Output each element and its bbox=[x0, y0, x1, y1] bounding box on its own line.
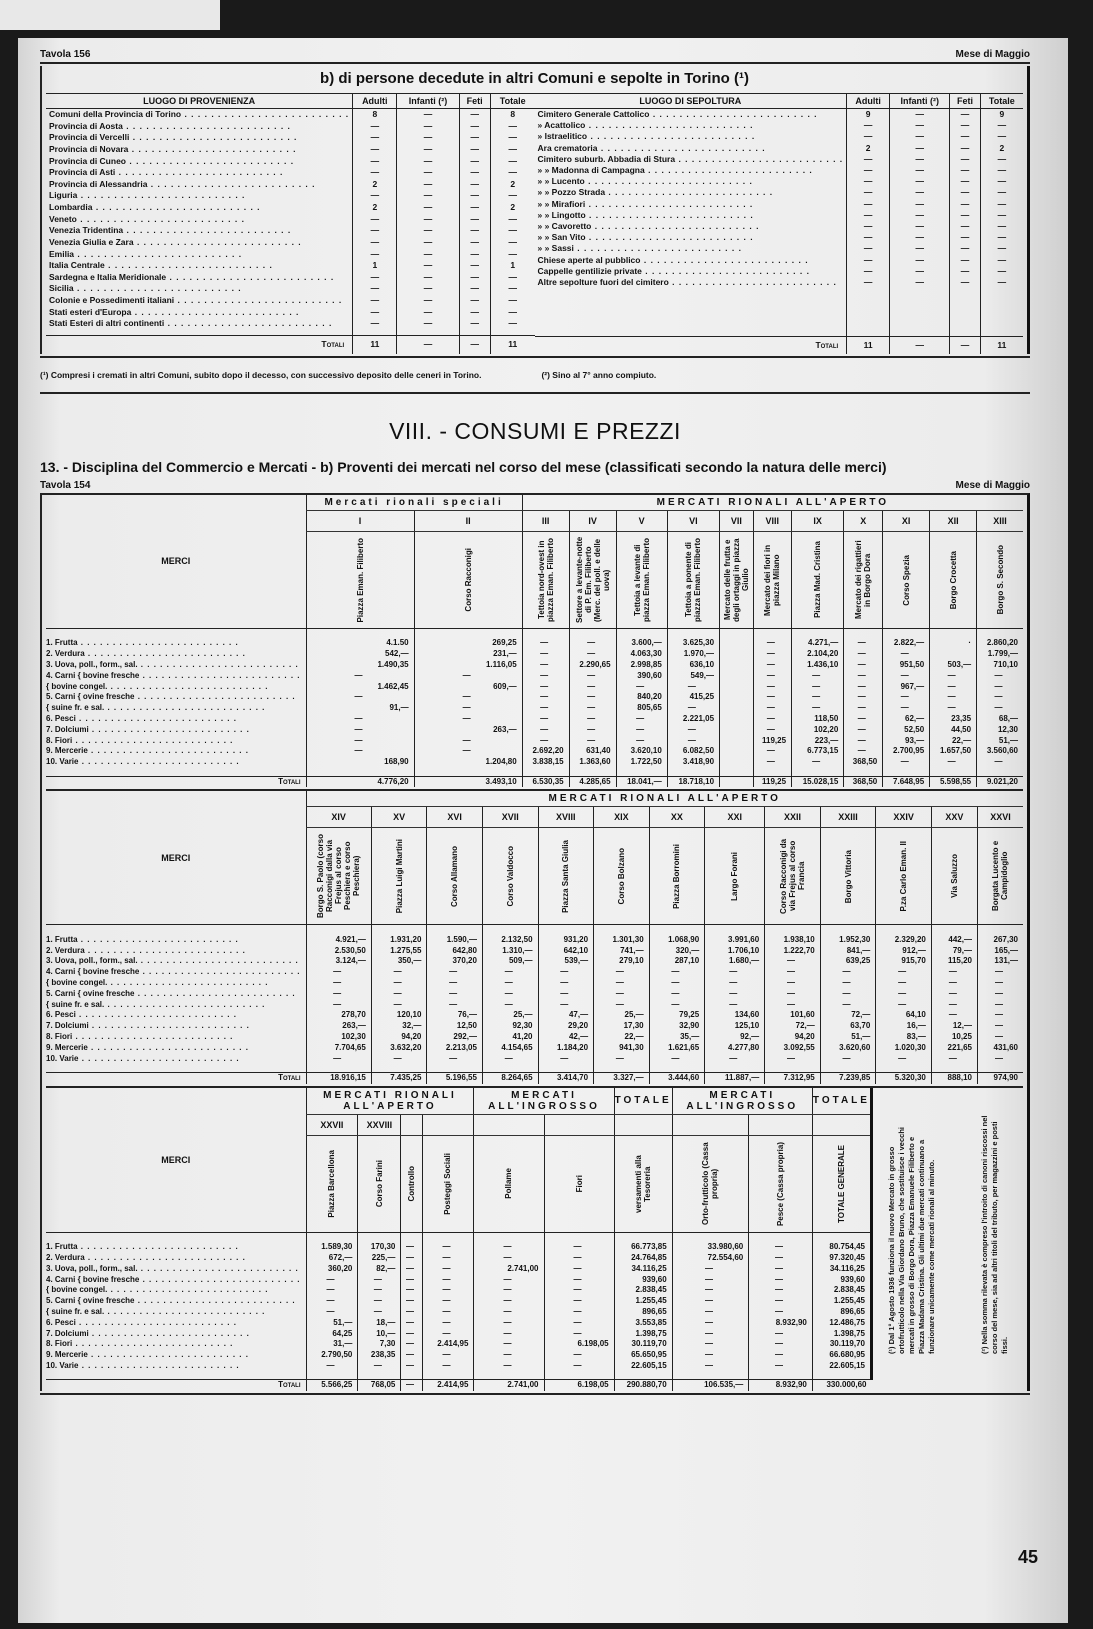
group-header: Mercati rionali speciali bbox=[306, 495, 522, 511]
cell: 17,30 bbox=[594, 1021, 650, 1032]
cell: — bbox=[474, 1253, 544, 1264]
cell: — bbox=[792, 671, 844, 682]
cell: — bbox=[482, 1000, 538, 1011]
cell: — bbox=[890, 176, 950, 187]
column-number bbox=[812, 1114, 871, 1135]
cell: — bbox=[474, 1318, 544, 1329]
cell: — bbox=[950, 120, 980, 131]
cell: — bbox=[414, 746, 522, 757]
cell: 51,— bbox=[820, 1032, 876, 1043]
table-row: » » Lingotto———— bbox=[535, 210, 1024, 221]
cell bbox=[720, 757, 754, 768]
column-name: Borgo S. Secondo bbox=[977, 531, 1023, 628]
cell: 3.092,55 bbox=[765, 1043, 821, 1054]
cell: — bbox=[353, 283, 397, 295]
cell: — bbox=[459, 190, 490, 202]
cell: — bbox=[490, 190, 534, 202]
row-label: Italia Centrale bbox=[46, 260, 353, 272]
column-name: TOTALE GENERALE bbox=[812, 1135, 871, 1232]
cell: — bbox=[753, 746, 791, 757]
cell: 3.838,15 bbox=[522, 757, 569, 768]
cell: 2 bbox=[980, 143, 1023, 154]
cell: — bbox=[522, 671, 569, 682]
table-row: 9. Mercerie——2.692,20631,403.620,106.082… bbox=[46, 746, 1023, 757]
column-name-text: Piazza Eman. Filiberto bbox=[356, 538, 365, 622]
cell: 12,— bbox=[931, 1021, 977, 1032]
cell: — bbox=[616, 682, 667, 693]
cell: 2.741,00 bbox=[474, 1264, 544, 1275]
burials-tables: LUOGO DI PROVENIENZAAdultiInfanti (²)Fet… bbox=[46, 93, 1023, 354]
cell: 951,50 bbox=[883, 660, 930, 671]
column-number: VIII bbox=[753, 510, 791, 531]
cell: — bbox=[490, 225, 534, 237]
cell: — bbox=[594, 978, 650, 989]
cell: 91,— bbox=[306, 703, 414, 714]
cell: — bbox=[397, 109, 459, 121]
cell: — bbox=[950, 221, 980, 232]
cell: — bbox=[474, 1296, 544, 1307]
commodity-label: 6. Pesci bbox=[46, 1010, 306, 1021]
cell: — bbox=[753, 692, 791, 703]
total-cell: 8.264,65 bbox=[482, 1072, 538, 1083]
total-cell: 11.887,— bbox=[705, 1072, 765, 1083]
cell: — bbox=[353, 190, 397, 202]
document-page: Tavola 156 Mese di Maggio b) di persone … bbox=[18, 38, 1068, 1623]
right-header-0: LUOGO DI SEPOLTURA bbox=[535, 94, 847, 109]
cell: — bbox=[931, 989, 977, 1000]
cell: 25,— bbox=[482, 1010, 538, 1021]
column-name: Mercato delle frutta e degli ortaggi in … bbox=[720, 531, 754, 628]
cell: 1.020,30 bbox=[876, 1043, 932, 1054]
commodity-label: 9. Mercerie bbox=[46, 1043, 306, 1054]
cell: — bbox=[883, 692, 930, 703]
cell: — bbox=[358, 1307, 401, 1318]
row-label: Provincia di Vercelli bbox=[46, 132, 353, 144]
cell: — bbox=[950, 266, 980, 277]
cell: — bbox=[544, 1318, 614, 1329]
cell: — bbox=[950, 232, 980, 243]
cell: 231,— bbox=[414, 649, 522, 660]
cell: — bbox=[672, 1361, 749, 1372]
row-label: Provincia di Cuneo bbox=[46, 155, 353, 167]
cell: — bbox=[397, 144, 459, 156]
cell: 35,— bbox=[649, 1032, 705, 1043]
commodity-label: 4. Carni { bovine fresche bbox=[46, 671, 306, 682]
cell: 131,— bbox=[977, 956, 1023, 967]
cell: — bbox=[397, 225, 459, 237]
column-name-text: Borgata Lucento e Campidoglio bbox=[991, 832, 1009, 920]
table-row: Sardegna e Italia Meridionale———— bbox=[46, 272, 535, 284]
cell: 93,— bbox=[883, 736, 930, 747]
cell bbox=[720, 682, 754, 693]
cell: — bbox=[950, 243, 980, 254]
cell: — bbox=[753, 671, 791, 682]
column-name: Mercato dei fiori in piazza Milano bbox=[753, 531, 791, 628]
cell: — bbox=[414, 736, 522, 747]
cell: 7,30 bbox=[358, 1339, 401, 1350]
cell: — bbox=[397, 202, 459, 214]
cell: — bbox=[820, 1054, 876, 1065]
cell: — bbox=[890, 165, 950, 176]
cell: — bbox=[459, 155, 490, 167]
cell: 1.204,80 bbox=[414, 757, 522, 768]
total-cell: 11 bbox=[353, 336, 397, 354]
cell: — bbox=[569, 714, 616, 725]
total-cell: 11 bbox=[847, 336, 890, 354]
cell: — bbox=[544, 1264, 614, 1275]
column-name-text: Corso Racconigi da via Frejus al corso F… bbox=[779, 832, 806, 920]
cell: — bbox=[482, 989, 538, 1000]
cell: 12,30 bbox=[977, 725, 1023, 736]
commodity-label: 5. Carni { ovine fresche bbox=[46, 989, 306, 1000]
cell: — bbox=[544, 1242, 614, 1253]
cell: — bbox=[306, 736, 414, 747]
cell: — bbox=[459, 295, 490, 307]
cell: 1.938,10 bbox=[765, 935, 821, 946]
column-name-text: Piazza Luigi Martini bbox=[395, 839, 404, 913]
column-name: Borgo S. Paolo (corso Racconigi dalla vi… bbox=[306, 828, 371, 925]
commodity-label: 6. Pesci bbox=[46, 714, 306, 725]
cell: — bbox=[820, 978, 876, 989]
total-label: Totali bbox=[46, 1072, 306, 1083]
cell: — bbox=[459, 202, 490, 214]
cell: 6.773,15 bbox=[792, 746, 844, 757]
cell: — bbox=[667, 725, 719, 736]
cell bbox=[720, 638, 754, 649]
column-name: Piazza Eman. Filiberto bbox=[306, 531, 414, 628]
cell: — bbox=[667, 682, 719, 693]
total-cell: 5.566,25 bbox=[306, 1380, 358, 1391]
total-cell: 106.535,— bbox=[672, 1380, 749, 1391]
total-label: Totali bbox=[46, 776, 306, 787]
cell: — bbox=[522, 714, 569, 725]
row-label: » » Cavoretto bbox=[535, 221, 847, 232]
cell: 10,— bbox=[358, 1329, 401, 1340]
table-row: Stati Esteri di altri continenti———— bbox=[46, 318, 535, 330]
burial-place-table: LUOGO DI SEPOLTURAAdultiInfanti (²)FetiT… bbox=[535, 93, 1024, 354]
cell: — bbox=[358, 1361, 401, 1372]
note-2: (²) Nella somma rilevata è compreso l'in… bbox=[980, 1114, 1010, 1354]
table-row: 8. Fiori102,3094,20292,—41,2042,—22,—35,… bbox=[46, 1032, 1023, 1043]
cell: — bbox=[544, 1361, 614, 1372]
cell: — bbox=[459, 167, 490, 179]
cell: 278,70 bbox=[306, 1010, 371, 1021]
column-name: Pesce (Cassa propria) bbox=[749, 1135, 813, 1232]
cell: — bbox=[522, 703, 569, 714]
cell: — bbox=[569, 692, 616, 703]
cell: — bbox=[672, 1285, 749, 1296]
cell: 1.398,75 bbox=[614, 1329, 672, 1340]
column-name: versamenti alla Tesoreria bbox=[614, 1135, 672, 1232]
cell: 287,10 bbox=[649, 956, 705, 967]
group-header: MERCATI ALL'INGROSSO bbox=[672, 1088, 812, 1115]
cell: — bbox=[847, 187, 890, 198]
cell: — bbox=[397, 179, 459, 191]
cell: — bbox=[459, 306, 490, 318]
cell: — bbox=[672, 1296, 749, 1307]
cell: — bbox=[980, 221, 1023, 232]
cell: — bbox=[522, 638, 569, 649]
commodity-label: 2. Verdura bbox=[46, 1253, 306, 1264]
cell: — bbox=[306, 967, 371, 978]
table-row: Stati esteri d'Europa———— bbox=[46, 306, 535, 318]
row-label: Venezia Tridentina bbox=[46, 225, 353, 237]
column-name: Corso Valdocco bbox=[482, 828, 538, 925]
column-name: Tettoia nord-ovest in piazza Eman. Filib… bbox=[522, 531, 569, 628]
row-label: Emilia bbox=[46, 248, 353, 260]
table-row: 4. Carni { bovine fresche————————————— bbox=[46, 967, 1023, 978]
cell: — bbox=[980, 154, 1023, 165]
cell: — bbox=[371, 989, 427, 1000]
total-label: Totali bbox=[535, 336, 847, 354]
cell: — bbox=[649, 967, 705, 978]
cell: — bbox=[847, 266, 890, 277]
cell: 165,— bbox=[977, 946, 1023, 957]
cell: — bbox=[890, 255, 950, 266]
cell: — bbox=[980, 266, 1023, 277]
cell: — bbox=[306, 978, 371, 989]
cell: — bbox=[569, 638, 616, 649]
table-row: Sicilia———— bbox=[46, 283, 535, 295]
cell: 2.700,95 bbox=[883, 746, 930, 757]
cell: — bbox=[427, 1054, 483, 1065]
total-cell: 3.327,— bbox=[594, 1072, 650, 1083]
total-cell: 3.493,10 bbox=[414, 776, 522, 787]
group-header: TOTALE bbox=[614, 1088, 672, 1115]
cell: — bbox=[883, 703, 930, 714]
cell: — bbox=[820, 989, 876, 1000]
cell: — bbox=[844, 660, 883, 671]
table-row: » » Cavoretto———— bbox=[535, 221, 1024, 232]
cell: — bbox=[401, 1361, 422, 1372]
column-name-text: Mercato dei rigattieri in Borgo Dora bbox=[854, 536, 872, 624]
cell: 1.970,— bbox=[667, 649, 719, 660]
cell: 3.620,60 bbox=[820, 1043, 876, 1054]
cell bbox=[720, 671, 754, 682]
cell: 223,— bbox=[792, 736, 844, 747]
column-name: Largo Forani bbox=[705, 828, 765, 925]
column-name: Pollame bbox=[474, 1135, 544, 1232]
cell: — bbox=[931, 978, 977, 989]
column-name-text: versamenti alla Tesoreria bbox=[634, 1140, 652, 1228]
cell: — bbox=[844, 682, 883, 693]
cell: — bbox=[847, 131, 890, 142]
cell: — bbox=[950, 154, 980, 165]
column-number: IX bbox=[792, 510, 844, 531]
cell: 72.554,60 bbox=[672, 1253, 749, 1264]
column-name-text: Borgo S. Secondo bbox=[996, 545, 1005, 614]
table-row: { bovine congel.————————————— bbox=[46, 978, 1023, 989]
table-row: Comuni della Provincia di Torino8——8 bbox=[46, 109, 535, 121]
cell: 72,— bbox=[765, 1021, 821, 1032]
cell: — bbox=[749, 1350, 813, 1361]
row-label: Stati esteri d'Europa bbox=[46, 306, 353, 318]
cell: — bbox=[459, 283, 490, 295]
column-name-text: Corso Farini bbox=[375, 1160, 384, 1207]
cell: — bbox=[459, 318, 490, 330]
total-cell: 4.285,65 bbox=[569, 776, 616, 787]
row-label: Chiese aperte al pubblico bbox=[535, 255, 847, 266]
total-cell: 5.598,55 bbox=[930, 776, 977, 787]
commodity-label: 2. Verdura bbox=[46, 946, 306, 957]
cell: — bbox=[474, 1361, 544, 1372]
commodity-label: 2. Verdura bbox=[46, 649, 306, 660]
cell: 18,— bbox=[358, 1318, 401, 1329]
cell: — bbox=[890, 221, 950, 232]
cell: 4.271,— bbox=[792, 638, 844, 649]
column-name-text: Pollame bbox=[504, 1168, 513, 1199]
cell: — bbox=[890, 120, 950, 131]
page-header: Tavola 156 Mese di Maggio bbox=[40, 38, 1030, 60]
total-cell: 3.444,60 bbox=[649, 1072, 705, 1083]
cell: 912,— bbox=[876, 946, 932, 957]
cell: — bbox=[649, 978, 705, 989]
column-name: Borgo Vittoria bbox=[820, 828, 876, 925]
cell: — bbox=[977, 1021, 1023, 1032]
cell: — bbox=[672, 1329, 749, 1340]
cell: — bbox=[544, 1285, 614, 1296]
cell: — bbox=[672, 1307, 749, 1318]
row-label: » » Pozzo Strada bbox=[535, 187, 847, 198]
table-row: Cimitero Generale Cattolico9——9 bbox=[535, 109, 1024, 121]
cell: — bbox=[353, 214, 397, 226]
scan-margin bbox=[0, 0, 220, 30]
cell: 2 bbox=[353, 179, 397, 191]
cell: — bbox=[371, 1054, 427, 1065]
markets-block-3: MERCIMERCATI RIONALI ALL'APERTOMERCATI A… bbox=[46, 1088, 1023, 1391]
cell: 8.932,90 bbox=[749, 1318, 813, 1329]
column-name: Piazza Borromini bbox=[649, 828, 705, 925]
cell: — bbox=[705, 1000, 765, 1011]
cell: — bbox=[422, 1350, 474, 1361]
total-cell: — bbox=[950, 336, 980, 354]
cell: 320,— bbox=[649, 946, 705, 957]
cell: 24.764,85 bbox=[614, 1253, 672, 1264]
cell: — bbox=[753, 638, 791, 649]
cell: — bbox=[544, 1275, 614, 1286]
cell: — bbox=[397, 155, 459, 167]
table-row: Italia Centrale1——1 bbox=[46, 260, 535, 272]
cell: — bbox=[977, 967, 1023, 978]
footnote-2: (²) Sino al 7° anno compiuto. bbox=[541, 370, 656, 380]
cell: — bbox=[749, 1307, 813, 1318]
total-label: Totali bbox=[46, 1380, 306, 1391]
column-name-text: Borgo Vittoria bbox=[844, 850, 853, 903]
cell: — bbox=[397, 260, 459, 272]
cell: 642,80 bbox=[427, 946, 483, 957]
table-row: » » Lucento———— bbox=[535, 176, 1024, 187]
table-row: 7. Dolciumi—263,——————102,20—52,5044,501… bbox=[46, 725, 1023, 736]
table-number: Tavola 156 bbox=[40, 49, 90, 60]
cell: — bbox=[474, 1339, 544, 1350]
row-label: Altre sepolture fuori del cimitero bbox=[535, 277, 847, 288]
table-row: Altre sepolture fuori del cimitero———— bbox=[535, 277, 1024, 288]
column-name: Piazza Santa Giulia bbox=[538, 828, 594, 925]
cell: — bbox=[847, 210, 890, 221]
cell: — bbox=[482, 967, 538, 978]
column-name: Corso Bolzano bbox=[594, 828, 650, 925]
cell: — bbox=[847, 176, 890, 187]
total-cell: 974,90 bbox=[977, 1072, 1023, 1083]
cell: — bbox=[569, 725, 616, 736]
cell: 9 bbox=[980, 109, 1023, 121]
cell: 1.222,70 bbox=[765, 946, 821, 957]
table-row: 1. Frutta4.1.50269,25——3.600,—3.625,30—4… bbox=[46, 638, 1023, 649]
total-row: Totali5.566,25768,05—2.414,952.741,006.1… bbox=[46, 1380, 1023, 1391]
cell: — bbox=[401, 1264, 422, 1275]
cell: — bbox=[950, 143, 980, 154]
row-label: Provincia di Asti bbox=[46, 167, 353, 179]
commodity-label: 7. Dolciumi bbox=[46, 1021, 306, 1032]
column-number: II bbox=[414, 510, 522, 531]
total-cell: — bbox=[401, 1380, 422, 1391]
cell: — bbox=[522, 692, 569, 703]
cell: — bbox=[980, 255, 1023, 266]
column-name-text: Corso Allamano bbox=[450, 846, 459, 907]
row-label: Provincia di Novara bbox=[46, 144, 353, 156]
table-row: 5. Carni { ovine fresche————840,20415,25… bbox=[46, 692, 1023, 703]
cell: — bbox=[977, 978, 1023, 989]
cell: 4.063,30 bbox=[616, 649, 667, 660]
cell: — bbox=[594, 1054, 650, 1065]
column-number bbox=[544, 1114, 614, 1135]
cell: 1.931,20 bbox=[371, 935, 427, 946]
table-row: { suine fr. e sal.91,————805,65——————— bbox=[46, 703, 1023, 714]
cell: — bbox=[977, 989, 1023, 1000]
commodity-label: 9. Mercerie bbox=[46, 1350, 306, 1361]
table-row: 3. Uova, poll., form., sal.3.124,—350,—3… bbox=[46, 956, 1023, 967]
table-row: Provincia di Asti———— bbox=[46, 167, 535, 179]
cell: 3.553,85 bbox=[614, 1318, 672, 1329]
cell: — bbox=[820, 1000, 876, 1011]
table-row: { suine fr. e sal.————————————— bbox=[46, 1000, 1023, 1011]
cell: — bbox=[749, 1361, 813, 1372]
cell: 80.754,45 bbox=[812, 1242, 871, 1253]
cell: — bbox=[950, 210, 980, 221]
burials-footnotes: (¹) Compresi i cremati in altri Comuni, … bbox=[40, 360, 1030, 390]
commodity-label: { suine fr. e sal. bbox=[46, 1307, 306, 1318]
cell: — bbox=[931, 967, 977, 978]
cell: 2.998,85 bbox=[616, 660, 667, 671]
column-name: Corso Spezia bbox=[883, 531, 930, 628]
table-row: » » Madonna di Campagna———— bbox=[535, 165, 1024, 176]
cell: 1.462,45 bbox=[306, 682, 414, 693]
commodity-label: 8. Fiori bbox=[46, 1339, 306, 1350]
cell: 22,— bbox=[594, 1032, 650, 1043]
spacer bbox=[535, 288, 1024, 336]
cell: 225,— bbox=[358, 1253, 401, 1264]
cell: 509,— bbox=[482, 956, 538, 967]
cell: 1.116,05 bbox=[414, 660, 522, 671]
column-name-text: Corso Valdocco bbox=[506, 846, 515, 906]
cell: — bbox=[490, 306, 534, 318]
cell: — bbox=[358, 1285, 401, 1296]
cell: 10,25 bbox=[931, 1032, 977, 1043]
cell: 76,— bbox=[427, 1010, 483, 1021]
cell: — bbox=[397, 295, 459, 307]
cell: — bbox=[459, 109, 490, 121]
row-label: Comuni della Provincia di Torino bbox=[46, 109, 353, 121]
cell: — bbox=[422, 1296, 474, 1307]
chapter-title: VIII. - CONSUMI E PREZZI bbox=[40, 396, 1030, 455]
table-row: Cappelle gentilizie private———— bbox=[535, 266, 1024, 277]
cell: 1.706,10 bbox=[705, 946, 765, 957]
commodity-label: 1. Frutta bbox=[46, 638, 306, 649]
cell: — bbox=[306, 1285, 358, 1296]
cell: 539,— bbox=[538, 956, 594, 967]
commodity-label: 5. Carni { ovine fresche bbox=[46, 1296, 306, 1307]
cell: — bbox=[538, 1000, 594, 1011]
